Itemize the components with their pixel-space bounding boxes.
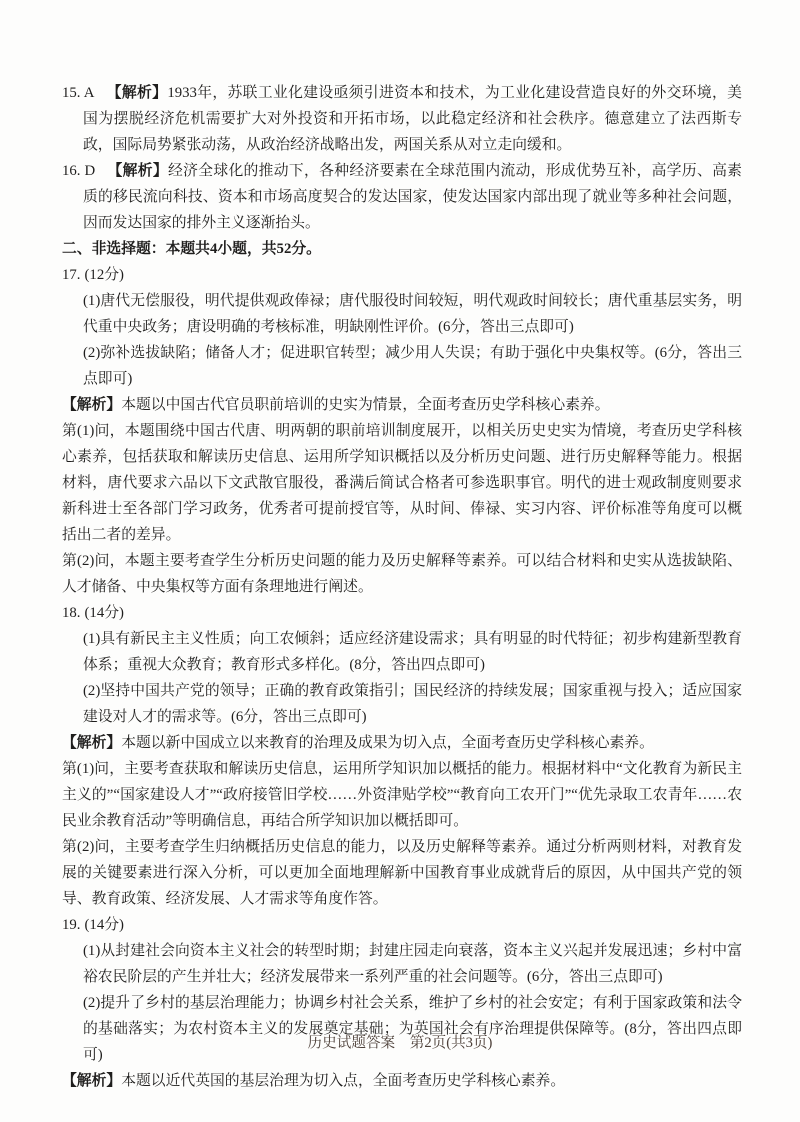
choice-answer-16-text: 经济全球化的推动下，各种经济要素在全球范围内流动，形成优势互补，高学历、高素质的…	[83, 163, 742, 231]
choice-answer-15-text: 1933年，苏联工业化建设亟须引进资本和技术，为工业化建设营造良好的外交环境，美…	[83, 85, 742, 153]
choice-answer-15: 15. A【解析】1933年，苏联工业化建设亟须引进资本和技术，为工业化建设营造…	[62, 80, 742, 158]
choice-answer-16-number: 16. D	[62, 163, 95, 179]
question-19-analysis-text: 本题以近代英国的基层治理为切入点，全面考查历史学科核心素养。	[121, 1073, 565, 1089]
question-18-header: 18.(14分)	[62, 600, 742, 626]
question-18-analysis-part-2: 第(2)问，主要考查学生归纳概括历史信息的能力，以及历史解释等素养。通过分析两则…	[62, 834, 742, 912]
question-17-analysis-part-1: 第(1)问，本题围绕中国古代唐、明两朝的职前培训制度展开，以相关历史史实为情境，…	[62, 418, 742, 548]
question-18-analysis-text: 本题以新中国成立以来教育的治理及成果为切入点，全面考查历史学科核心素养。	[121, 735, 654, 751]
question-19-header: 19.(14分)	[62, 912, 742, 938]
question-18-analysis: 【解析】本题以新中国成立以来教育的治理及成果为切入点，全面考查历史学科核心素养。	[62, 730, 742, 756]
question-18-answer-2: (2)坚持中国共产党的领导；正确的教育政策指引；国民经济的持续发展；国家重视与投…	[83, 678, 742, 730]
analysis-label: 【解析】	[106, 85, 167, 101]
question-17-answer-2: (2)弥补选拔缺陷；储备人才；促进职官转型；减少用人失误；有助于强化中央集权等。…	[83, 340, 742, 392]
question-17-header: 17.(12分)	[62, 262, 742, 288]
choice-answer-16: 16. D【解析】经济全球化的推动下，各种经济要素在全球范围内流动，形成优势互补…	[62, 158, 742, 236]
question-18-answer-1: (1)具有新民主主义性质；向工农倾斜；适应经济建设需求；具有明显的时代特征；初步…	[83, 626, 742, 678]
exam-answer-page: 15. A【解析】1933年，苏联工业化建设亟须引进资本和技术，为工业化建设营造…	[0, 0, 800, 1122]
question-19-number: 19.	[62, 917, 81, 933]
analysis-label: 【解析】	[62, 735, 121, 751]
analysis-label: 【解析】	[62, 397, 121, 413]
question-18-number: 18.	[62, 605, 81, 621]
question-19-answer-2: (2)提升了乡村的基层治理能力；协调乡村社会关系，维护了乡村的社会安定；有利于国…	[83, 990, 742, 1068]
question-18-score: (14分)	[85, 605, 124, 621]
analysis-label: 【解析】	[62, 1073, 121, 1089]
question-18-analysis-part-1: 第(1)问，主要考查获取和解读历史信息，运用所学知识加以概括的能力。根据材料中“…	[62, 756, 742, 834]
question-17-score: (12分)	[85, 267, 124, 283]
section-header-non-choice: 二、非选择题：本题共4小题，共52分。	[62, 236, 742, 262]
question-19-analysis: 【解析】本题以近代英国的基层治理为切入点，全面考查历史学科核心素养。	[62, 1068, 742, 1094]
question-19-answer-1: (1)从封建社会向资本主义社会的转型时期；封建庄园走向衰落，资本主义兴起并发展迅…	[83, 938, 742, 990]
question-17-analysis-text: 本题以中国古代官员职前培训的史实为情景，全面考查历史学科核心素养。	[121, 397, 609, 413]
question-19-score: (14分)	[85, 917, 124, 933]
choice-answer-15-number: 15. A	[62, 85, 94, 101]
question-17-answer-1: (1)唐代无偿服役，明代提供观政俸禄；唐代服役时间较短，明代观政时间较长；唐代重…	[83, 288, 742, 340]
question-17-analysis-part-2: 第(2)问，本题主要考查学生分析历史问题的能力及历史解释等素养。可以结合材料和史…	[62, 548, 742, 600]
analysis-label: 【解析】	[107, 163, 168, 179]
page-footer: 历史试题答案 第2页(共3页)	[0, 1033, 800, 1053]
answer-content: 15. A【解析】1933年，苏联工业化建设亟须引进资本和技术，为工业化建设营造…	[62, 80, 742, 1094]
question-17-number: 17.	[62, 267, 81, 283]
question-17-analysis: 【解析】本题以中国古代官员职前培训的史实为情景，全面考查历史学科核心素养。	[62, 392, 742, 418]
